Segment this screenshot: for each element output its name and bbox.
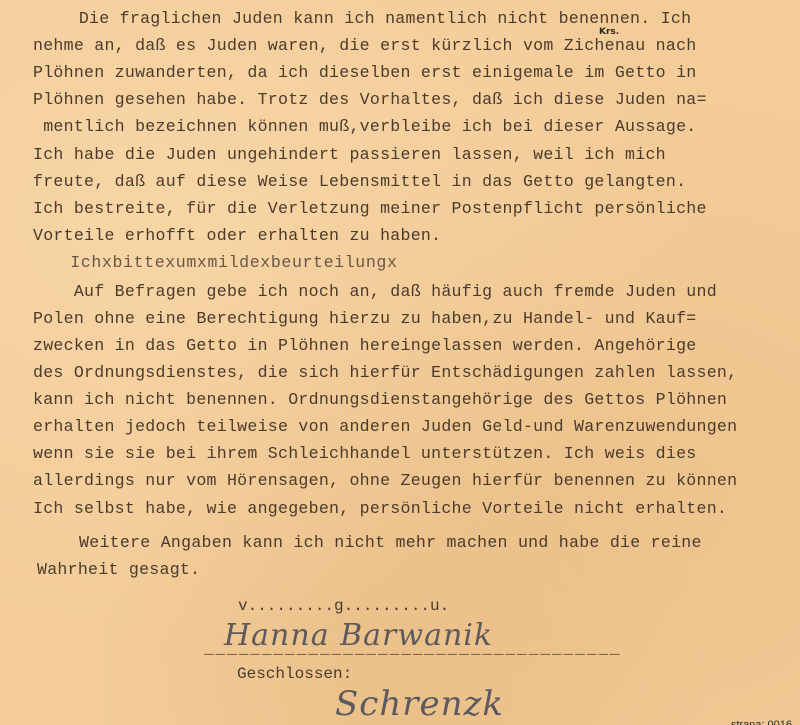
text-line: des Ordnungsdienstes, die sich hierfür E… (33, 363, 737, 383)
text-line: Ich selbst habe, wie angegeben, persönli… (33, 499, 727, 519)
page-number-footer: strana: 0016 (731, 719, 792, 725)
text-line: Auf Befragen gebe ich noch an, daß häufi… (33, 282, 717, 302)
handwritten-annotation: Krs. (599, 27, 619, 37)
document-page: Die fraglichen Juden kann ich namentlich… (0, 0, 800, 725)
closed-label: Geschlossen: (237, 665, 352, 683)
handwritten-signature: Hanna Barwanik (224, 618, 493, 653)
text-line: Vorteile erhofft oder erhalten zu haben. (33, 226, 441, 246)
text-line: kann ich nicht benennen. Ordnungsdiensta… (33, 390, 727, 410)
read-approved-signed-line: v.........g.........u. (238, 597, 449, 615)
text-line: wenn sie sie bei ihrem Schleichhandel un… (33, 444, 697, 464)
text-line: Weitere Angaben kann ich nicht mehr mach… (28, 533, 702, 553)
text-line: mentlich bezeichnen können muß,verbleibe… (33, 117, 697, 137)
text-line: freute, daß auf diese Weise Lebensmittel… (33, 172, 686, 192)
closing-signature: Schrenzk (335, 684, 504, 724)
text-line: nehme an, daß es Juden waren, die erst k… (33, 36, 697, 56)
text-line: Polen ohne eine Berechtigung hierzu zu h… (33, 309, 697, 329)
text-line: Ich bestreite, für die Verletzung meiner… (33, 199, 707, 219)
text-line: Plöhnen zuwanderten, da ich dieselben er… (33, 63, 697, 83)
text-line: Wahrheit gesagt. (37, 560, 200, 580)
text-line: Plöhnen gesehen habe. Trotz des Vorhalte… (33, 90, 707, 110)
text-line: Ich habe die Juden ungehindert passieren… (33, 145, 666, 165)
text-line: Die fraglichen Juden kann ich namentlich… (38, 9, 691, 29)
text-line: allerdings nur vom Hörensagen, ohne Zeug… (33, 471, 737, 491)
text-line: zwecken in das Getto in Plöhnen hereinge… (33, 336, 697, 356)
struck-out-line: Ichxbittexumxmildexbeurteilungx (28, 253, 398, 273)
text-line: erhalten jedoch teilweise von anderen Ju… (33, 417, 737, 437)
